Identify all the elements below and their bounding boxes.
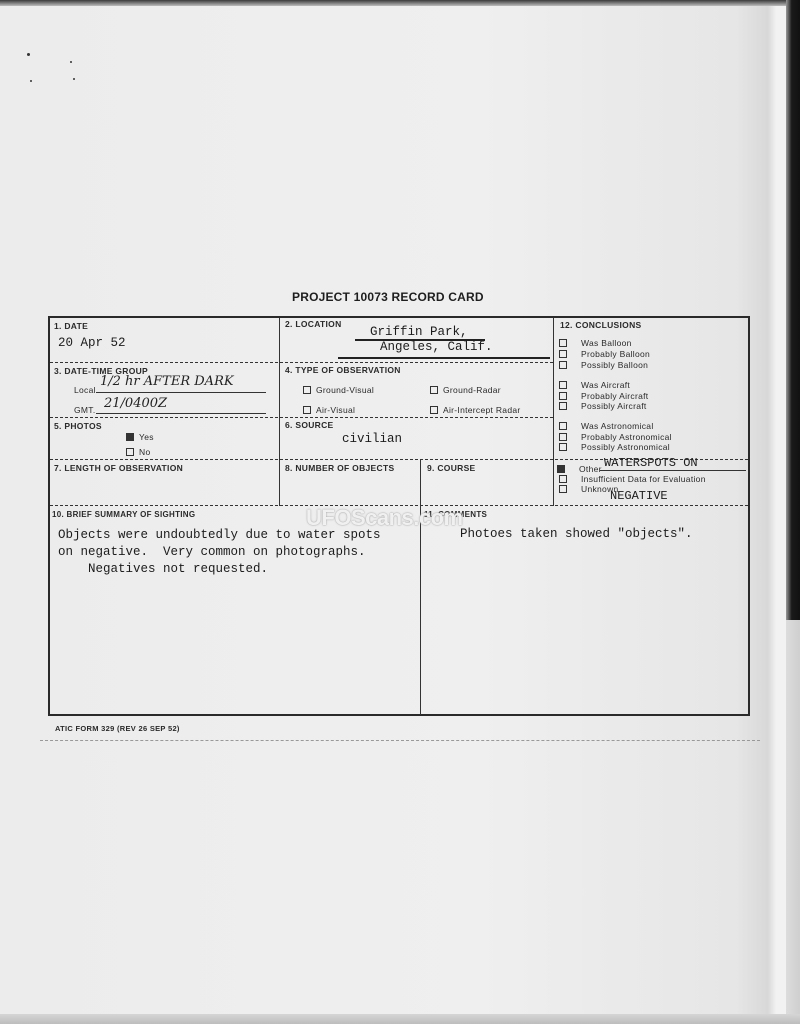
scan-right-edge-lower xyxy=(786,620,800,1024)
checkbox-icon xyxy=(126,448,134,456)
checked-checkbox-icon xyxy=(557,465,565,473)
conclusion-probably-astronomical[interactable]: Probably Astronomical xyxy=(559,432,672,442)
location-underline xyxy=(338,357,550,359)
option-air-visual[interactable]: Air-Visual xyxy=(303,405,355,415)
form-footer: ATIC FORM 329 (REV 26 SEP 52) xyxy=(55,724,180,733)
date-value: 20 Apr 52 xyxy=(58,336,126,350)
scanned-page: PROJECT 10073 RECORD CARD 1. DATE 20 Apr… xyxy=(0,0,800,1024)
conclusion-was-aircraft[interactable]: Was Aircraft xyxy=(559,380,630,390)
divider xyxy=(50,417,553,418)
scan-dash-rule xyxy=(40,740,760,741)
other-underline xyxy=(600,470,746,471)
checkbox-icon xyxy=(559,402,567,410)
checkbox-icon xyxy=(559,361,567,369)
type-of-observation-label: 4. TYPE OF OBSERVATION xyxy=(285,365,401,375)
summary-line-2: on negative. Very common on photographs. xyxy=(58,545,366,559)
checkbox-icon xyxy=(559,485,567,493)
photos-option-no[interactable]: No xyxy=(126,447,150,457)
photos-option-yes[interactable]: Yes xyxy=(126,432,154,442)
conclusion-probably-balloon[interactable]: Probably Balloon xyxy=(559,349,650,359)
checkbox-icon xyxy=(430,386,438,394)
checkbox-icon xyxy=(559,381,567,389)
conclusion-was-astronomical[interactable]: Was Astronomical xyxy=(559,421,654,431)
scan-speck xyxy=(70,61,72,63)
location-label: 2. LOCATION xyxy=(285,319,342,329)
divider xyxy=(553,318,554,506)
conclusion-was-balloon[interactable]: Was Balloon xyxy=(559,338,632,348)
divider xyxy=(279,318,280,506)
location-underline xyxy=(355,339,485,341)
checkbox-icon xyxy=(559,443,567,451)
gmt-value: 21/0400Z xyxy=(104,396,167,411)
date-label: 1. DATE xyxy=(54,321,88,331)
local-underline xyxy=(96,392,266,393)
checkbox-icon xyxy=(303,406,311,414)
other-text-line1: WATERSPOTS ON xyxy=(604,456,698,470)
checkbox-icon xyxy=(559,433,567,441)
option-ground-visual[interactable]: Ground-Visual xyxy=(303,385,374,395)
gmt-label: GMT. xyxy=(74,405,96,415)
checked-checkbox-icon xyxy=(126,433,134,441)
conclusions-label: 12. CONCLUSIONS xyxy=(560,320,642,330)
checkbox-icon xyxy=(559,392,567,400)
conclusion-other[interactable]: Other xyxy=(557,464,602,474)
conclusion-possibly-balloon[interactable]: Possibly Balloon xyxy=(559,360,648,370)
conclusion-probably-aircraft[interactable]: Probably Aircraft xyxy=(559,391,648,401)
checkbox-icon xyxy=(430,406,438,414)
location-line1: Griffin Park, xyxy=(370,325,468,339)
watermark: UFOScans.com xyxy=(306,505,463,531)
scan-speck xyxy=(73,78,75,80)
conclusion-insufficient-data[interactable]: Insufficient Data for Evaluation xyxy=(559,474,706,484)
source-label: 6. SOURCE xyxy=(285,420,334,430)
local-value: 1/2 hr AFTER DARK xyxy=(100,374,234,389)
option-air-intercept-radar[interactable]: Air-Intercept Radar xyxy=(430,405,521,415)
gmt-underline xyxy=(96,413,266,414)
conclusion-possibly-aircraft[interactable]: Possibly Aircraft xyxy=(559,401,647,411)
checkbox-icon xyxy=(559,422,567,430)
divider xyxy=(420,460,421,715)
checkbox-icon xyxy=(559,475,567,483)
scan-top-edge xyxy=(0,0,800,6)
location-line2: Angeles, Calif. xyxy=(380,340,493,354)
brief-summary-label: 10. BRIEF SUMMARY OF SIGHTING xyxy=(52,510,195,519)
number-of-objects-label: 8. NUMBER OF OBJECTS xyxy=(285,463,394,473)
divider xyxy=(50,362,553,363)
checkbox-icon xyxy=(559,350,567,358)
scan-speck xyxy=(30,80,32,82)
photos-label: 5. PHOTOS xyxy=(54,421,102,431)
length-of-observation-label: 7. LENGTH OF OBSERVATION xyxy=(54,463,183,473)
conclusion-possibly-astronomical[interactable]: Possibly Astronomical xyxy=(559,442,670,452)
local-label: Local xyxy=(74,385,96,395)
checkbox-icon xyxy=(559,339,567,347)
checkbox-icon xyxy=(303,386,311,394)
summary-line-3: Negatives not requested. xyxy=(58,562,268,576)
option-ground-radar[interactable]: Ground-Radar xyxy=(430,385,501,395)
other-text-line2: NEGATIVE xyxy=(610,489,668,503)
source-value: civilian xyxy=(342,432,402,446)
scan-bottom-edge xyxy=(0,1014,800,1024)
scan-speck xyxy=(27,53,30,56)
card-title: PROJECT 10073 RECORD CARD xyxy=(292,290,484,304)
course-label: 9. COURSE xyxy=(427,463,476,473)
comments-text: Photoes taken showed "objects". xyxy=(460,527,693,541)
